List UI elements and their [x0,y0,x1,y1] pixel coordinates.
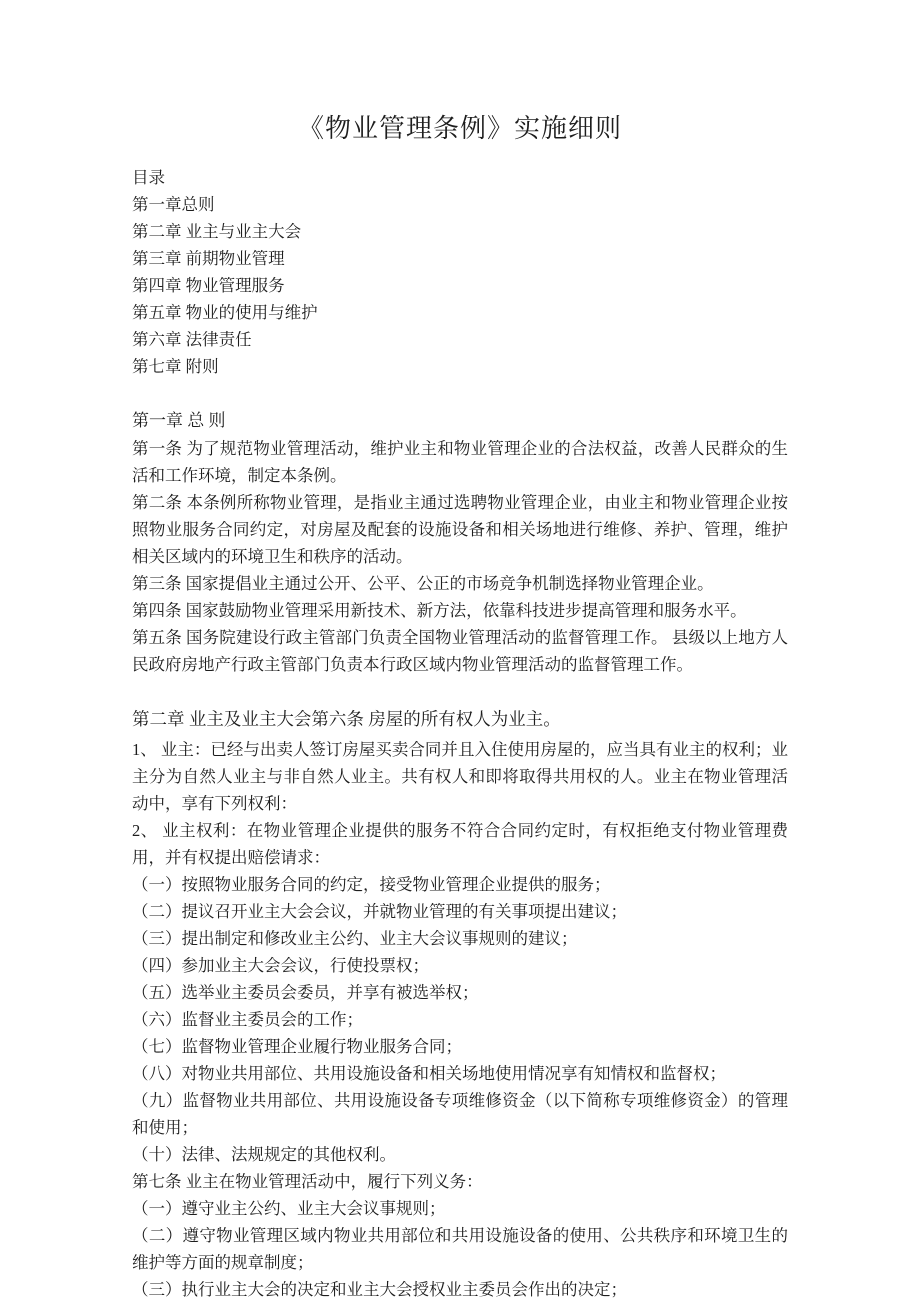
list-item-right-1: （一）按照物业服务合同的约定，接受物业管理企业提供的服务； [132,871,788,898]
paragraph-article-4: 第四条 国家鼓励物业管理采用新技术、新方法，依靠科技进步提高管理和服务水平。 [132,597,788,624]
table-of-contents: 目录 第一章总则 第二章 业主与业主大会 第三章 前期物业管理 第四章 物业管理… [132,164,788,380]
paragraph-article-1: 第一条 为了规范物业管理活动，维护业主和物业管理企业的合法权益，改善人民群众的生… [132,435,788,489]
list-item-right-3: （三）提出制定和修改业主公约、业主大会议事规则的建议； [132,925,788,952]
paragraph-article-7: 第七条 业主在物业管理活动中，履行下列义务： [132,1168,788,1195]
list-item-right-6: （六）监督业主委员会的工作； [132,1006,788,1033]
chapter-1-heading: 第一章 总 则 [132,407,788,435]
list-item-duty-3: （三）执行业主大会的决定和业主大会授权业主委员会作出的决定； [132,1276,788,1302]
paragraph-owner-rights: 2、 业主权利：在物业管理企业提供的服务不符合合同约定时，有权拒绝支付物业管理费… [132,817,788,871]
list-item-right-7: （七）监督物业管理企业履行物业服务合同； [132,1033,788,1060]
list-item-right-8: （八）对物业共用部位、共用设施设备和相关场地使用情况享有知情权和监督权； [132,1060,788,1087]
section-chapter-1: 第一章 总 则 第一条 为了规范物业管理活动，维护业主和物业管理企业的合法权益，… [132,407,788,678]
toc-item-chapter-7: 第七章 附则 [132,353,788,380]
paragraph-article-5: 第五条 国务院建设行政主管部门负责全国物业管理活动的监督管理工作。 县级以上地方… [132,624,788,678]
paragraph-owner-definition: 1、 业主：已经与出卖人签订房屋买卖合同并且入住使用房屋的，应当具有业主的权利；… [132,736,788,817]
toc-item-chapter-2: 第二章 业主与业主大会 [132,218,788,245]
toc-item-chapter-5: 第五章 物业的使用与维护 [132,299,788,326]
toc-item-chapter-4: 第四章 物业管理服务 [132,272,788,299]
list-item-duty-2: （二）遵守物业管理区域内物业共用部位和共用设施设备的使用、公共秩序和环境卫生的维… [132,1222,788,1276]
list-item-right-10: （十）法律、法规规定的其他权利。 [132,1141,788,1168]
toc-heading: 目录 [132,164,788,191]
section-chapter-2: 第二章 业主及业主大会第六条 房屋的所有权人为业主。 1、 业主：已经与出卖人签… [132,705,788,1302]
paragraph-article-2: 第二条 本条例所称物业管理，是指业主通过选聘物业管理企业，由业主和物业管理企业按… [132,489,788,570]
list-item-right-9: （九）监督物业共用部位、共用设施设备专项维修资金（以下简称专项维修资金）的管理和… [132,1087,788,1141]
toc-item-chapter-1: 第一章总则 [132,191,788,218]
list-item-right-2: （二）提议召开业主大会会议，并就物业管理的有关事项提出建议； [132,898,788,925]
paragraph-article-3: 第三条 国家提倡业主通过公开、公平、公正的市场竞争机制选择物业管理企业。 [132,570,788,597]
toc-item-chapter-3: 第三章 前期物业管理 [132,245,788,272]
list-item-duty-1: （一）遵守业主公约、业主大会议事规则； [132,1195,788,1222]
document-page: 《物业管理条例》实施细则 目录 第一章总则 第二章 业主与业主大会 第三章 前期… [0,0,920,1302]
toc-item-chapter-6: 第六章 法律责任 [132,326,788,353]
list-item-right-4: （四）参加业主大会会议，行使投票权； [132,952,788,979]
document-title: 《物业管理条例》实施细则 [132,112,788,146]
list-item-right-5: （五）选举业主委员会委员，并享有被选举权； [132,979,788,1006]
chapter-2-heading: 第二章 业主及业主大会第六条 房屋的所有权人为业主。 [132,705,788,734]
